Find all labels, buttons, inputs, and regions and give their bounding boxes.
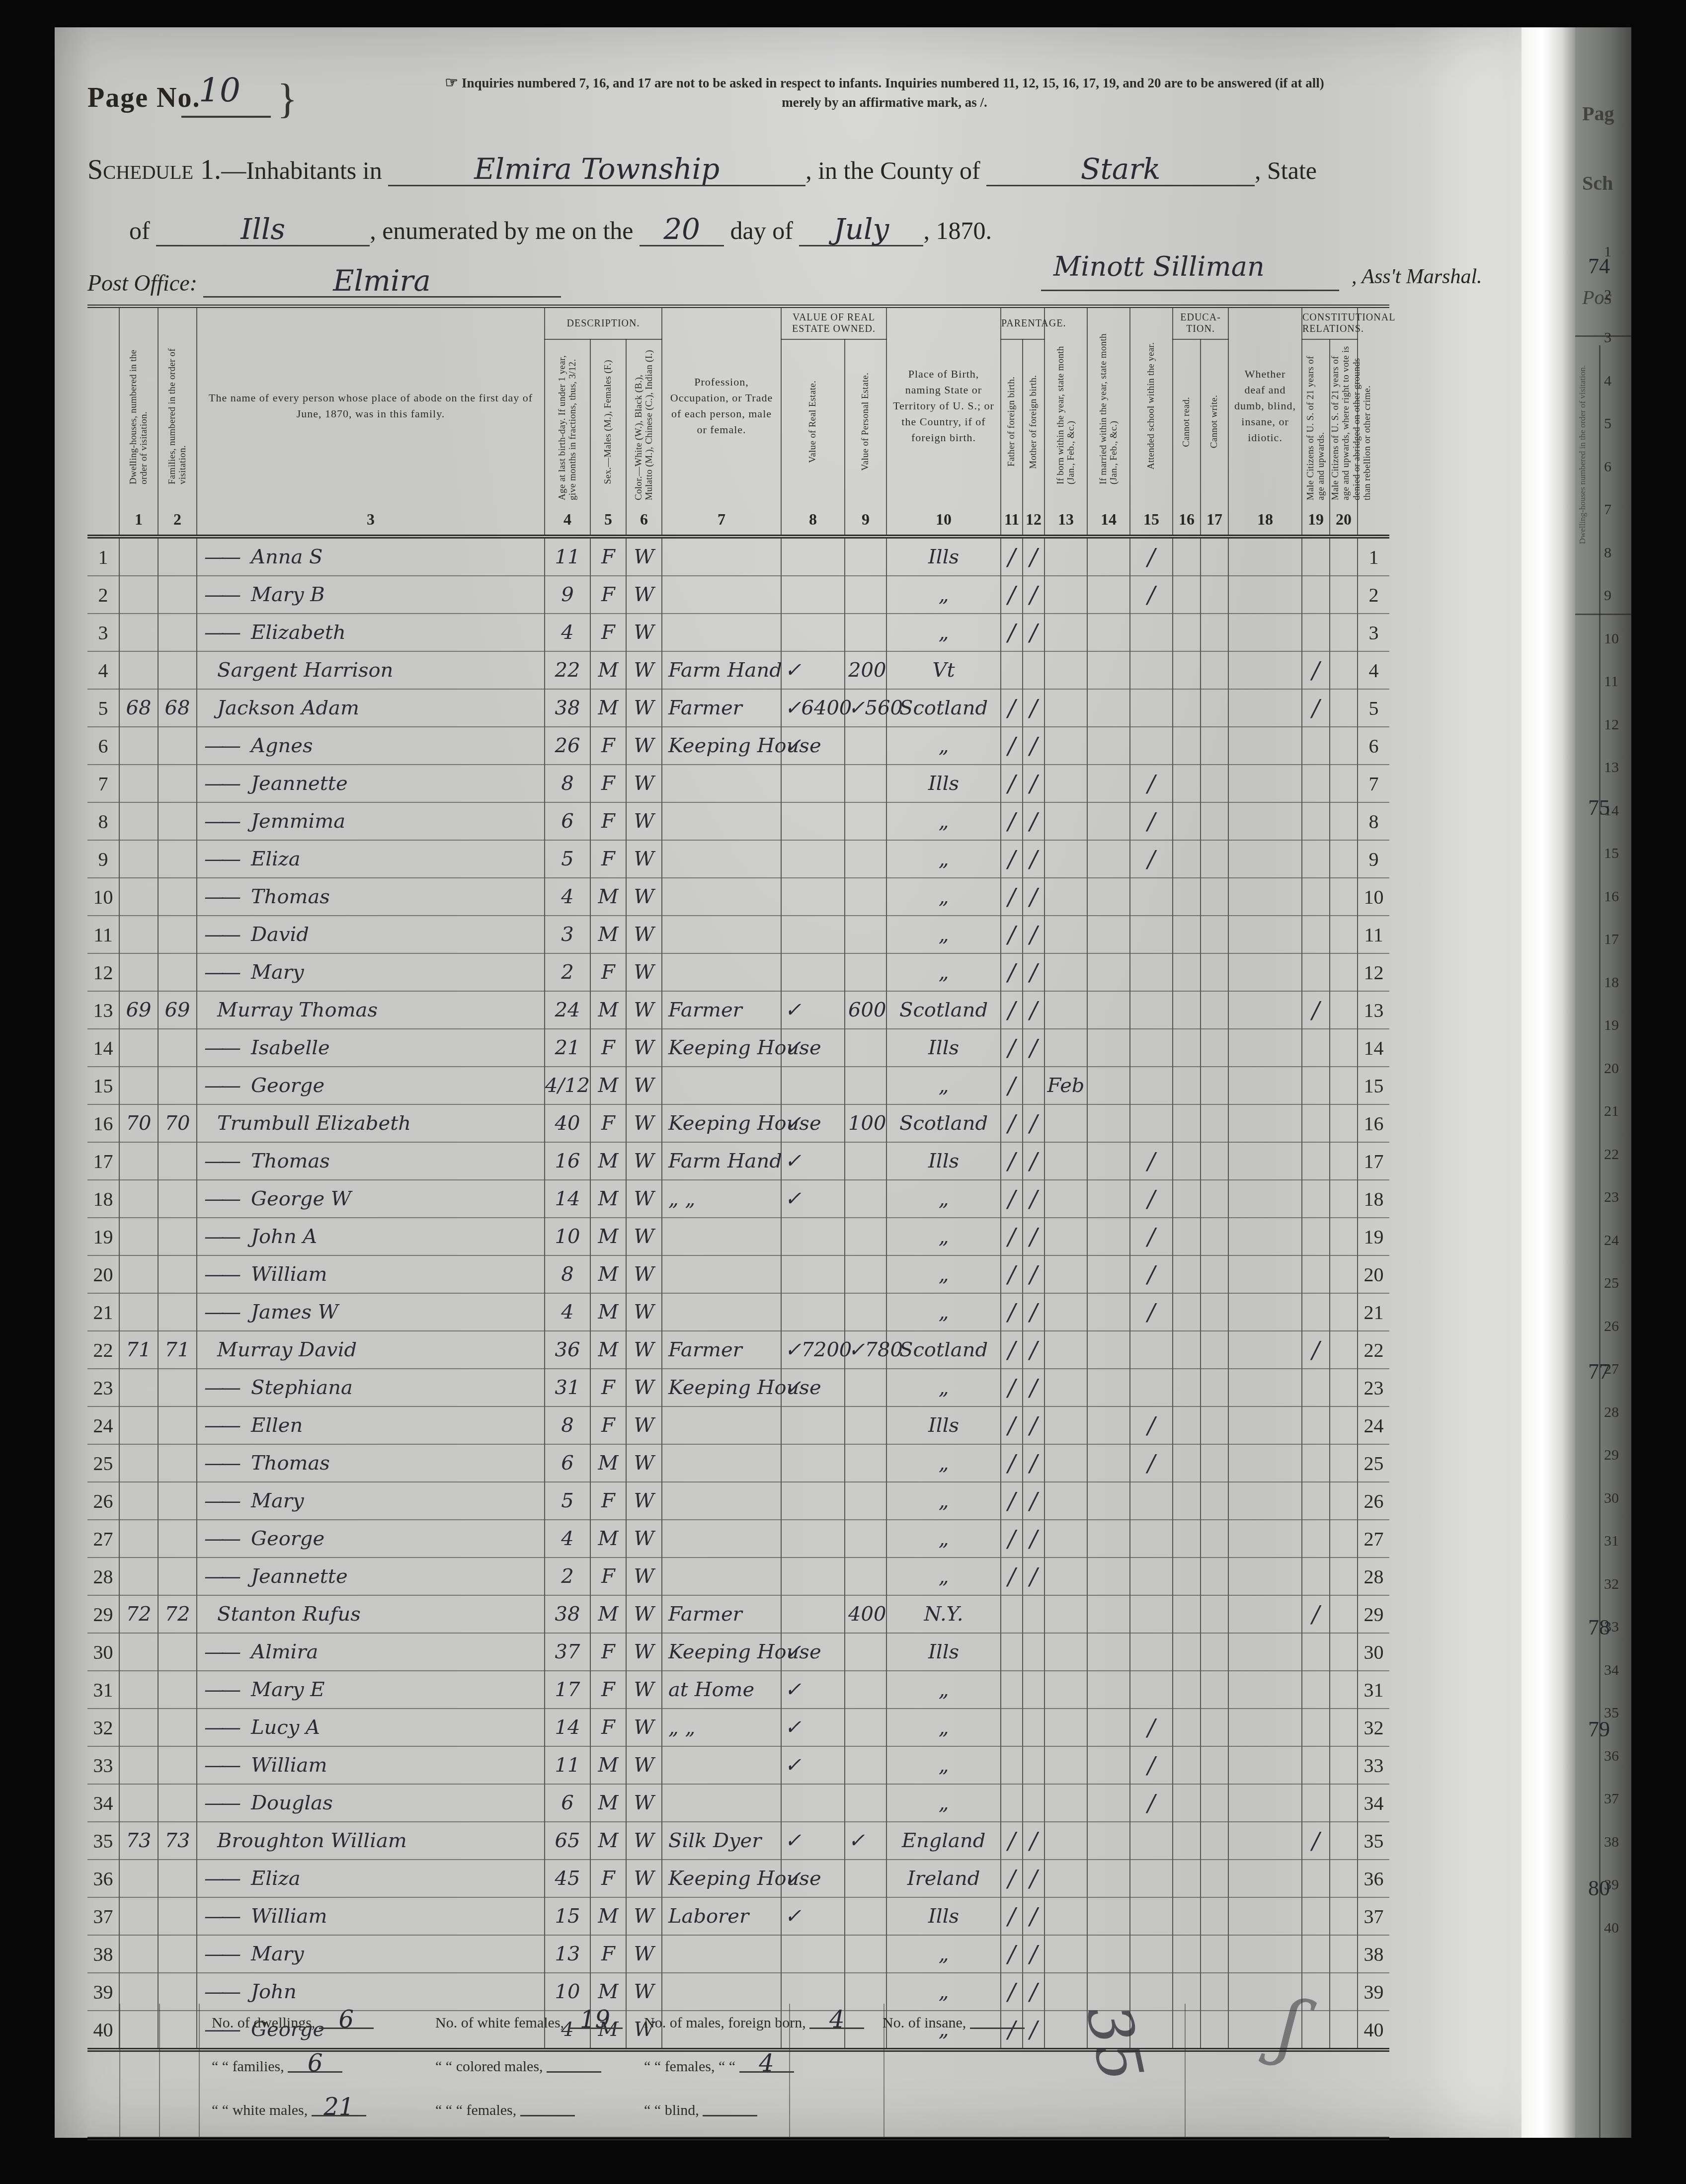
cell-citizen-denied	[1330, 1369, 1358, 1406]
citizen-tick: /	[1312, 657, 1320, 684]
cell-age: 4	[545, 1293, 590, 1331]
cell-father-foreign: /	[1001, 576, 1023, 614]
totals-left-block: No. of dwellings, 6 “ “ families, 6 “ “ …	[212, 2013, 374, 2144]
cell-father-foreign: /	[1001, 1860, 1023, 1897]
cell-birthplace: Ills	[886, 765, 1001, 802]
cell-mother-foreign: /	[1023, 878, 1044, 916]
family-member-dash: ——	[204, 848, 251, 870]
cell-cannot-write	[1201, 1104, 1228, 1142]
cell-birthplace: „	[886, 1180, 1001, 1218]
cell-married-month	[1087, 840, 1130, 878]
colnum-6: 6	[626, 504, 662, 537]
col-personal-estate: Value of Personal Estate.	[845, 339, 886, 504]
cell-occupation: Farm Hand	[662, 651, 781, 689]
cell-born-month	[1044, 916, 1087, 953]
col-birthplace-label: Place of Birth, naming State or Territor…	[887, 363, 1000, 448]
cell-married-month	[1087, 1444, 1130, 1482]
cell-age: 26	[545, 727, 590, 765]
cell-color: W	[626, 1180, 662, 1218]
cell-name: ——Thomas	[197, 1444, 545, 1482]
cell-color: W	[626, 1595, 662, 1633]
cell-deaf-dumb	[1228, 1935, 1302, 1973]
cell-family-number: 71	[158, 1331, 197, 1369]
cell-personal-estate: 200	[845, 651, 886, 689]
corner-left	[87, 307, 119, 504]
next-page-row-number: 17	[1604, 931, 1619, 974]
row-number-left: 7	[87, 765, 119, 802]
year-label: , 1870.	[923, 217, 992, 244]
cell-attended-school: /	[1130, 576, 1173, 614]
table-row: 14 ——Isabelle 21 F W Keeping House ✓ Ill…	[87, 1029, 1389, 1067]
cell-citizen-denied	[1330, 727, 1358, 765]
footer-rule-3	[199, 2004, 200, 2137]
cell-sex: M	[590, 1180, 626, 1218]
cell-personal-estate	[845, 1860, 886, 1897]
cell-cannot-write	[1201, 727, 1228, 765]
cell-deaf-dumb	[1228, 576, 1302, 614]
cell-cannot-write	[1201, 802, 1228, 840]
cell-cannot-read	[1173, 727, 1201, 765]
cell-occupation: Keeping House	[662, 1104, 781, 1142]
cell-cannot-write	[1201, 651, 1228, 689]
cell-cannot-read	[1173, 802, 1201, 840]
col-occupation-label: Profession, Occupation, or Trade of each…	[662, 371, 781, 441]
cell-occupation	[662, 878, 781, 916]
cell-dwelling-number	[119, 1255, 158, 1293]
cell-married-month	[1087, 1218, 1130, 1255]
next-page-row-number: 34	[1604, 1662, 1619, 1705]
cell-attended-school	[1130, 727, 1173, 765]
person-name: Thomas	[251, 1452, 330, 1475]
cell-name: ——Stephiana	[197, 1369, 545, 1406]
cell-cannot-read	[1173, 878, 1201, 916]
cell-attended-school	[1130, 1897, 1173, 1935]
group-education: EDUCA-TION.	[1173, 307, 1228, 340]
table-row: 7 ——Jeannette 8 F W Ills / / /	[87, 765, 1389, 802]
cell-cannot-read	[1173, 1406, 1201, 1444]
cell-cannot-write	[1201, 1369, 1228, 1406]
row-number-left: 23	[87, 1369, 119, 1406]
cell-cannot-read	[1173, 576, 1201, 614]
cell-mother-foreign: /	[1023, 1369, 1044, 1406]
school-tick: /	[1147, 1299, 1155, 1326]
mother-foreign-tick: /	[1030, 1110, 1038, 1137]
cell-mother-foreign	[1023, 1784, 1044, 1822]
person-name: Mary E	[251, 1678, 324, 1701]
cell-dwelling-number	[119, 1671, 158, 1709]
person-name: Jackson Adam	[217, 697, 359, 719]
cell-sex: M	[590, 1784, 626, 1822]
cell-citizen-denied	[1330, 1595, 1358, 1633]
cell-color: W	[626, 1784, 662, 1822]
cell-real-estate	[781, 1595, 845, 1633]
cell-personal-estate	[845, 1218, 886, 1255]
cell-color: W	[626, 1860, 662, 1897]
white-females-label: No. of white females,	[435, 2015, 564, 2031]
cell-birthplace: „	[886, 1444, 1001, 1482]
cell-family-number: 68	[158, 689, 197, 727]
table-row: 1 ——Anna S 11 F W Ills / / /	[87, 537, 1389, 576]
row-number-left: 16	[87, 1104, 119, 1142]
father-foreign-tick: /	[1008, 808, 1016, 835]
row-number-left: 27	[87, 1520, 119, 1558]
cell-personal-estate	[845, 1255, 886, 1293]
cell-occupation: Farmer	[662, 1595, 781, 1633]
school-tick: /	[1147, 1185, 1155, 1212]
row-number-left: 31	[87, 1671, 119, 1709]
cell-cannot-write	[1201, 537, 1228, 576]
cell-father-foreign: /	[1001, 1293, 1023, 1331]
cell-mother-foreign: /	[1023, 1142, 1044, 1180]
cell-dwelling-number	[119, 1180, 158, 1218]
cell-attended-school	[1130, 1369, 1173, 1406]
cell-cannot-write	[1201, 689, 1228, 727]
cell-citizen-denied	[1330, 651, 1358, 689]
mother-foreign-tick: /	[1030, 1374, 1038, 1401]
cell-sex: M	[590, 1595, 626, 1633]
cell-born-month	[1044, 1595, 1087, 1633]
cell-male-citizen	[1302, 537, 1330, 576]
cell-family-number	[158, 727, 197, 765]
mother-foreign-tick: /	[1030, 581, 1038, 608]
cell-father-foreign: /	[1001, 1067, 1023, 1104]
cell-attended-school: /	[1130, 1406, 1173, 1444]
cell-occupation: Farmer	[662, 1331, 781, 1369]
family-member-dash: ——	[204, 1943, 251, 1965]
next-page-rule-mid	[1575, 614, 1631, 615]
cell-mother-foreign	[1023, 1709, 1044, 1746]
cell-born-month	[1044, 1406, 1087, 1444]
next-page-row-number: 29	[1604, 1447, 1619, 1490]
cell-male-citizen	[1302, 1482, 1330, 1520]
marshal-signature: Minott Silliman	[1053, 251, 1265, 282]
family-member-dash	[204, 1603, 217, 1626]
mother-foreign-tick: /	[1030, 1412, 1038, 1439]
colnum-17: 17	[1201, 504, 1228, 537]
table-row: 32 ——Lucy A 14 F W „ „ ✓ „ /	[87, 1709, 1389, 1746]
cell-citizen-denied	[1330, 1104, 1358, 1142]
cell-birthplace: „	[886, 1558, 1001, 1595]
cell-citizen-denied	[1330, 1671, 1358, 1709]
col-name: The name of every person whose place of …	[197, 307, 545, 504]
cell-occupation: Farmer	[662, 991, 781, 1029]
cell-male-citizen: /	[1302, 651, 1330, 689]
cell-attended-school	[1130, 991, 1173, 1029]
cell-mother-foreign: /	[1023, 916, 1044, 953]
col-male-citizen-denied-label: Male Citizens of U. S. of 21 years of ag…	[1330, 344, 1372, 500]
cell-dwelling-number: 68	[119, 689, 158, 727]
cell-male-citizen	[1302, 916, 1330, 953]
cell-family-number	[158, 537, 197, 576]
cell-attended-school	[1130, 1558, 1173, 1595]
cell-name: ——Jeannette	[197, 1558, 545, 1595]
family-member-dash: ——	[204, 1678, 251, 1701]
father-foreign-tick: /	[1008, 1941, 1016, 1967]
row-number-left: 19	[87, 1218, 119, 1255]
cell-family-number	[158, 576, 197, 614]
cell-family-number	[158, 953, 197, 991]
mother-foreign-tick: /	[1030, 544, 1038, 570]
cell-dwelling-number	[119, 1860, 158, 1897]
cell-name: ——Mary	[197, 1935, 545, 1973]
cell-sex: F	[590, 953, 626, 991]
row-number-left: 10	[87, 878, 119, 916]
cell-cannot-write	[1201, 1671, 1228, 1709]
schedule-line-2: of Ills, enumerated by me on the 20 day …	[129, 216, 1560, 246]
father-foreign-tick: /	[1008, 959, 1016, 986]
cell-sex: M	[590, 1746, 626, 1784]
cell-deaf-dumb	[1228, 1784, 1302, 1822]
next-page-row-number: 5	[1604, 415, 1619, 459]
cell-male-citizen	[1302, 1444, 1330, 1482]
cell-color: W	[626, 953, 662, 991]
citizen-tick: /	[1312, 1827, 1320, 1854]
cell-real-estate	[781, 916, 845, 953]
person-name: Broughton William	[217, 1829, 407, 1852]
father-foreign-tick: /	[1008, 1072, 1016, 1099]
table-row: 20 ——William 8 M W „ / / /	[87, 1255, 1389, 1293]
cell-color: W	[626, 614, 662, 651]
cell-married-month	[1087, 614, 1130, 651]
person-name: George	[251, 1074, 324, 1097]
cell-occupation	[662, 1218, 781, 1255]
cell-father-foreign: /	[1001, 916, 1023, 953]
cell-citizen-denied	[1330, 1142, 1358, 1180]
cell-married-month	[1087, 1935, 1130, 1973]
enumerated-label: , enumerated by me on the	[370, 217, 633, 244]
row-number-left: 26	[87, 1482, 119, 1520]
cell-occupation: at Home	[662, 1671, 781, 1709]
families-label: “ “ families,	[212, 2058, 284, 2075]
next-dwelling-79: 79	[1588, 1716, 1610, 1742]
school-tick: /	[1147, 581, 1155, 608]
cell-citizen-denied	[1330, 1784, 1358, 1822]
cell-attended-school: /	[1130, 1180, 1173, 1218]
row-number-left: 34	[87, 1784, 119, 1822]
cell-male-citizen	[1302, 1746, 1330, 1784]
cell-deaf-dumb	[1228, 537, 1302, 576]
cell-deaf-dumb	[1228, 1897, 1302, 1935]
cell-name: ——Jeannette	[197, 765, 545, 802]
mother-foreign-tick: /	[1030, 1941, 1038, 1967]
cell-color: W	[626, 1822, 662, 1860]
father-foreign-tick: /	[1008, 1487, 1016, 1514]
cell-mother-foreign: /	[1023, 576, 1044, 614]
cell-name: ——Eliza	[197, 1860, 545, 1897]
cell-color: W	[626, 1935, 662, 1973]
cell-cannot-read	[1173, 1860, 1201, 1897]
next-page-row-number: 16	[1604, 888, 1619, 932]
cell-citizen-denied	[1330, 1029, 1358, 1067]
next-page-row-number: 31	[1604, 1533, 1619, 1576]
cell-born-month	[1044, 1482, 1087, 1520]
cell-personal-estate	[845, 1935, 886, 1973]
person-name: James W	[251, 1301, 338, 1324]
cell-male-citizen	[1302, 1633, 1330, 1671]
next-page-row-number: 11	[1604, 673, 1619, 716]
cell-dwelling-number: 73	[119, 1822, 158, 1860]
cell-mother-foreign	[1023, 1671, 1044, 1709]
person-name: Thomas	[251, 885, 330, 908]
cell-age: 3	[545, 916, 590, 953]
cell-age: 15	[545, 1897, 590, 1935]
colnum-18: 18	[1228, 504, 1302, 537]
cell-color: W	[626, 1558, 662, 1595]
row-number-left: 13	[87, 991, 119, 1029]
table-row: 25 ——Thomas 6 M W „ / / /	[87, 1444, 1389, 1482]
cell-mother-foreign: /	[1023, 1558, 1044, 1595]
cell-mother-foreign: /	[1023, 1860, 1044, 1897]
next-page-row-number: 25	[1604, 1275, 1619, 1318]
school-tick: /	[1147, 1450, 1155, 1477]
white-males-value: 21	[317, 2093, 361, 2121]
scan-background	[1631, 0, 1686, 2184]
cell-name: ——Thomas	[197, 1142, 545, 1180]
cell-occupation	[662, 1255, 781, 1293]
row-number-right: 10	[1358, 878, 1389, 916]
males-foreign-label: No. of males, foreign born,	[644, 2015, 806, 2031]
cell-dwelling-number	[119, 1029, 158, 1067]
cell-age: 10	[545, 1218, 590, 1255]
cell-dwelling-number	[119, 953, 158, 991]
col-born-month: If born within the year, state month (Ja…	[1044, 307, 1087, 504]
cell-married-month	[1087, 1822, 1130, 1860]
cell-married-month	[1087, 1897, 1130, 1935]
cell-deaf-dumb	[1228, 1671, 1302, 1709]
cell-real-estate: ✓	[781, 1746, 845, 1784]
cell-birthplace: „	[886, 840, 1001, 878]
cell-occupation	[662, 576, 781, 614]
table-row: 12 ——Mary 2 F W „ / /	[87, 953, 1389, 991]
table-row: 11 ——David 3 M W „ / /	[87, 916, 1389, 953]
cell-age: 22	[545, 651, 590, 689]
table-row: 23 ——Stephiana 31 F W Keeping House ✓ „ …	[87, 1369, 1389, 1406]
cell-name: ——Isabelle	[197, 1029, 545, 1067]
cell-age: 2	[545, 1558, 590, 1595]
cell-father-foreign: /	[1001, 537, 1023, 576]
row-number-right: 23	[1358, 1369, 1389, 1406]
next-dwelling-75: 75	[1588, 795, 1610, 820]
cell-color: W	[626, 916, 662, 953]
col-sex: Sex.—Males (M.), Females (F.)	[590, 339, 626, 504]
cell-born-month	[1044, 651, 1087, 689]
row-number-left: 21	[87, 1293, 119, 1331]
cell-father-foreign: /	[1001, 1822, 1023, 1860]
col-real-estate-label: Value of Real Estate.	[807, 381, 818, 463]
cell-name: ——Eliza	[197, 840, 545, 878]
family-member-dash: ——	[204, 621, 251, 644]
father-foreign-tick: /	[1008, 732, 1016, 759]
family-member-dash: ——	[204, 961, 251, 984]
next-page-row-number: 23	[1604, 1189, 1619, 1232]
cell-family-number	[158, 651, 197, 689]
cell-real-estate	[781, 802, 845, 840]
cell-personal-estate: 600	[845, 991, 886, 1029]
school-tick: /	[1147, 808, 1155, 835]
colnum-13: 13	[1044, 504, 1087, 537]
cell-sex: F	[590, 614, 626, 651]
col-cannot-read: Cannot read.	[1173, 339, 1201, 504]
person-name: Jeannette	[251, 1565, 348, 1588]
cell-age: 24	[545, 991, 590, 1029]
cell-father-foreign	[1001, 651, 1023, 689]
cell-cannot-write	[1201, 916, 1228, 953]
family-member-dash: ——	[204, 1301, 251, 1324]
next-page-row-number: 26	[1604, 1318, 1619, 1361]
cell-name: ——Thomas	[197, 878, 545, 916]
cell-cannot-write	[1201, 1746, 1228, 1784]
father-foreign-tick: /	[1008, 997, 1016, 1023]
cell-color: W	[626, 1218, 662, 1255]
row-number-left: 15	[87, 1067, 119, 1104]
table-row: 9 ——Eliza 5 F W „ / / /	[87, 840, 1389, 878]
cell-sex: M	[590, 1897, 626, 1935]
cell-sex: M	[590, 1293, 626, 1331]
school-tick: /	[1147, 770, 1155, 797]
person-name: David	[251, 923, 309, 946]
cell-family-number	[158, 1746, 197, 1784]
table-row: 34 ——Douglas 6 M W „ /	[87, 1784, 1389, 1822]
cell-cannot-read	[1173, 1520, 1201, 1558]
cell-cannot-write	[1201, 1935, 1228, 1973]
table-row: 19 ——John A 10 M W „ / / /	[87, 1218, 1389, 1255]
cell-color: W	[626, 1067, 662, 1104]
cell-birthplace: „	[886, 727, 1001, 765]
cell-born-month	[1044, 1444, 1087, 1482]
citizen-tick: /	[1312, 695, 1320, 721]
cell-personal-estate	[845, 1142, 886, 1180]
mother-foreign-tick: /	[1030, 1299, 1038, 1326]
cell-sex: F	[590, 1558, 626, 1595]
cell-born-month	[1044, 1180, 1087, 1218]
cell-sex: F	[590, 1935, 626, 1973]
person-name: Stanton Rufus	[217, 1603, 361, 1626]
cell-born-month	[1044, 1293, 1087, 1331]
cell-sex: M	[590, 1822, 626, 1860]
cell-mother-foreign: /	[1023, 765, 1044, 802]
cell-male-citizen	[1302, 1180, 1330, 1218]
cell-born-month: Feb	[1044, 1067, 1087, 1104]
cell-age: 45	[545, 1860, 590, 1897]
family-member-dash: ——	[204, 1036, 251, 1059]
table-row: 28 ——Jeannette 2 F W „ / /	[87, 1558, 1389, 1595]
cell-father-foreign: /	[1001, 840, 1023, 878]
cell-sex: F	[590, 1369, 626, 1406]
col-cannot-read-label: Cannot read.	[1181, 397, 1192, 447]
cell-cannot-write	[1201, 1331, 1228, 1369]
cell-occupation	[662, 1935, 781, 1973]
cell-occupation	[662, 1406, 781, 1444]
cell-married-month	[1087, 1671, 1130, 1709]
column-group-row: Dwelling-houses, numbered in the order o…	[87, 307, 1389, 340]
next-page-row-number: 6	[1604, 459, 1619, 502]
table-row: 24 ——Ellen 8 F W Ills / / /	[87, 1406, 1389, 1444]
col-father-foreign-label: Father of foreign birth.	[1006, 377, 1017, 467]
cell-color: W	[626, 1482, 662, 1520]
cell-attended-school: /	[1130, 1709, 1173, 1746]
cell-real-estate	[781, 953, 845, 991]
cell-dwelling-number	[119, 651, 158, 689]
cell-father-foreign: /	[1001, 689, 1023, 727]
family-member-dash	[204, 1338, 217, 1361]
cell-sex: M	[590, 1520, 626, 1558]
cell-deaf-dumb	[1228, 1180, 1302, 1218]
cell-occupation	[662, 1784, 781, 1822]
cell-deaf-dumb	[1228, 1558, 1302, 1595]
next-page-row-number: 22	[1604, 1146, 1619, 1189]
cell-occupation	[662, 1482, 781, 1520]
group-real-estate: VALUE OF REAL ESTATE OWNED.	[781, 307, 886, 340]
